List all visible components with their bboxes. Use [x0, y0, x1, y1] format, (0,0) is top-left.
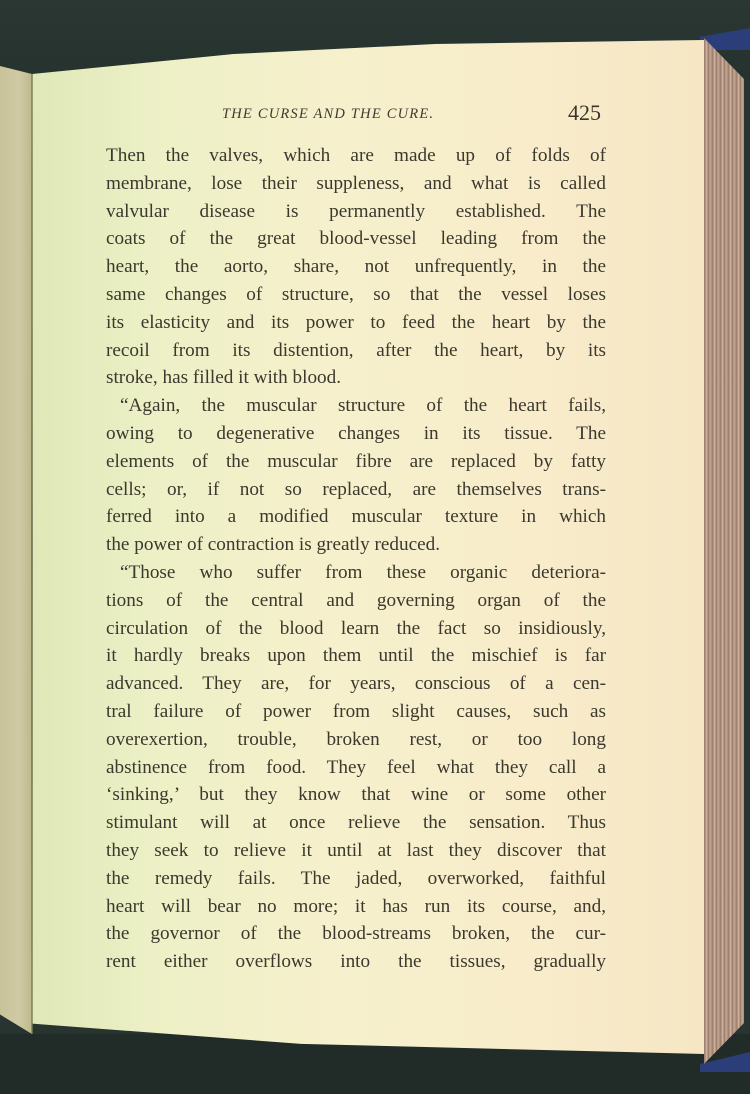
- text-line: ferred into a modified muscular texture …: [106, 503, 606, 531]
- text-line: stroke, has filled it with blood.: [106, 364, 606, 392]
- text-line: stimulant will at once relieve the sensa…: [106, 809, 606, 837]
- text-line: elements of the muscular fibre are repla…: [106, 448, 606, 476]
- text-line: ‘sinking,’ but they know that wine or so…: [106, 781, 606, 809]
- text-line: tral failure of power from slight causes…: [106, 698, 606, 726]
- text-line: heart, the aorto, share, not unfrequentl…: [106, 253, 606, 281]
- text-line: its elasticity and its power to feed the…: [106, 309, 606, 337]
- text-line: abstinence from food. They feel what the…: [106, 754, 606, 782]
- text-line: cells; or, if not so replaced, are thems…: [106, 476, 606, 504]
- left-facing-page: [0, 62, 32, 1034]
- text-line: tions of the central and governing organ…: [106, 587, 606, 615]
- page-number: 425: [568, 100, 601, 126]
- body-text: Then the valves, which are made up of fo…: [106, 142, 606, 976]
- text-line: membrane, lose their suppleness, and wha…: [106, 170, 606, 198]
- book-gutter: [31, 74, 33, 1034]
- text-line: rent either overflows into the tissues, …: [106, 948, 606, 976]
- text-line: the power of contraction is greatly redu…: [106, 531, 606, 559]
- text-line: overexertion, trouble, broken rest, or t…: [106, 726, 606, 754]
- text-line: Then the valves, which are made up of fo…: [106, 142, 606, 170]
- page-edges-stack: [704, 38, 744, 1064]
- text-line: same changes of structure, so that the v…: [106, 281, 606, 309]
- running-head: THE CURSE AND THE CURE.: [222, 106, 434, 123]
- text-line: heart will bear no more; it has run its …: [106, 893, 606, 921]
- paragraph-start-line: “Again, the muscular structure of the he…: [106, 392, 606, 420]
- text-line: it hardly breaks upon them until the mis…: [106, 642, 606, 670]
- text-line: the remedy fails. The jaded, overworked,…: [106, 865, 606, 893]
- text-line: coats of the great blood-vessel leading …: [106, 225, 606, 253]
- text-line: valvular disease is permanently establis…: [106, 198, 606, 226]
- text-line: they seek to relieve it until at last th…: [106, 837, 606, 865]
- text-line: the governor of the blood-streams broken…: [106, 920, 606, 948]
- text-line: advanced. They are, for years, conscious…: [106, 670, 606, 698]
- text-line: circulation of the blood learn the fact …: [106, 615, 606, 643]
- paragraph-start-line: “Those who suffer from these organic det…: [106, 559, 606, 587]
- text-line: recoil from its distention, after the he…: [106, 337, 606, 365]
- text-line: owing to degenerative changes in its tis…: [106, 420, 606, 448]
